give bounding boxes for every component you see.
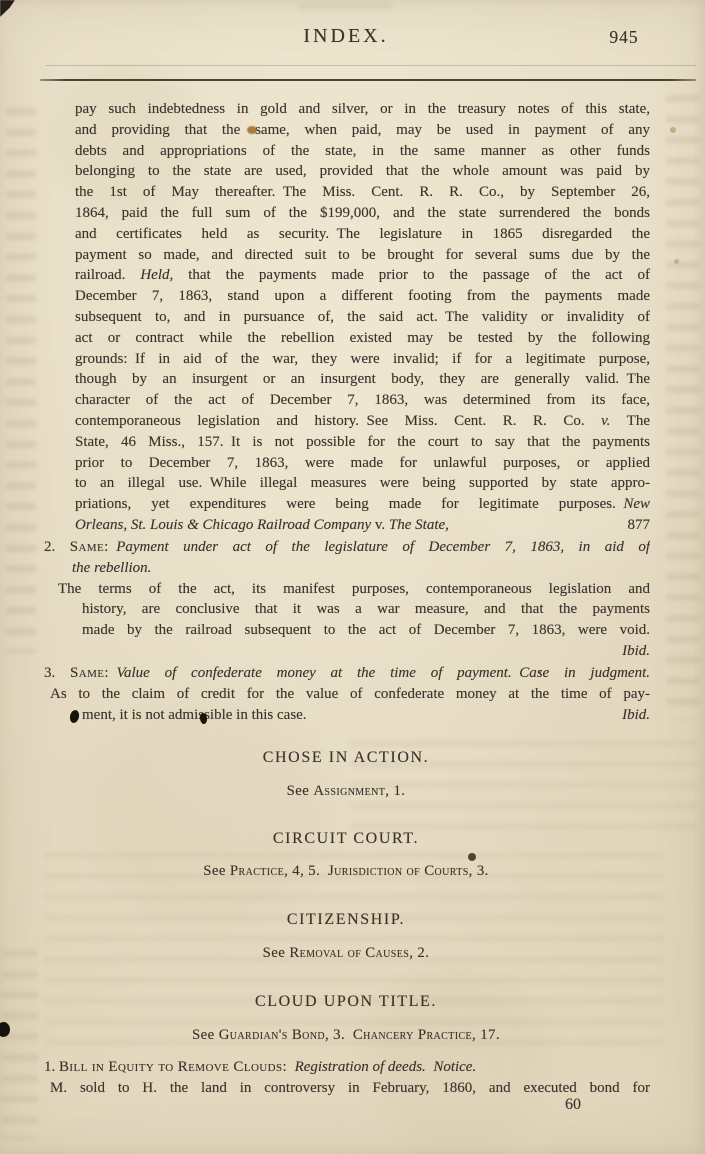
rust-spot: [670, 127, 676, 133]
text-segment: 2.: [44, 539, 70, 555]
text-line: act or contract while the rebellion exis…: [75, 328, 650, 349]
text-segment: payment so made, and directed suit to be…: [75, 247, 650, 263]
text-segment: State, 46 Miss., 157. It is not possible…: [75, 434, 650, 450]
text-line: the 1st of May thereafter. The Miss. Cen…: [75, 182, 650, 203]
text-segment: 1864, paid the full sum of the $199,000,…: [75, 205, 650, 221]
text-segment: prior to December 7, 1863, were made for…: [75, 455, 650, 471]
scan-corner-artifact: [0, 0, 15, 17]
text-segment: to an illegal use. While illegal measure…: [75, 475, 650, 491]
text-segment: [287, 1059, 295, 1075]
text-line: subsequent to, and in pursuance of, the …: [75, 307, 650, 328]
text-segment: character of the act of December 7, 1863…: [75, 392, 650, 408]
text-line: priations, yet expenditures were being m…: [75, 494, 650, 515]
text-line: contemporaneous legislation and history.…: [75, 411, 650, 432]
text-line: pay such indebtedness in gold and silver…: [75, 99, 650, 120]
ink-dot: [468, 853, 476, 861]
scanned-index-page: INDEX. 945 pay such indebtedness in gold…: [0, 0, 705, 1154]
text-segment: Removal of Causes,: [289, 945, 413, 961]
text-segment: See: [203, 863, 230, 879]
text-segment: 3.: [473, 863, 489, 879]
text-line: and certificates held as security. The l…: [75, 224, 650, 245]
text-segment: and certificates held as security. The l…: [75, 226, 650, 242]
text-line: payment so made, and directed suit to be…: [75, 245, 650, 266]
text-line: prior to December 7, 1863, were made for…: [75, 453, 650, 474]
text-segment: that the payments made prior to the pass…: [173, 267, 650, 283]
entry-1-bill-in-equity: 1. Bill in Equity to Remove Clouds: Regi…: [44, 1057, 650, 1099]
text-line: Ibid.: [44, 641, 650, 662]
bleedthrough-left-margin: [6, 108, 36, 653]
text-segment: railroad.: [75, 267, 140, 283]
text-line: 2. Same: Payment under act of the legisl…: [44, 537, 650, 558]
page-header-title: INDEX.: [40, 25, 652, 48]
section-heading-cloud-upon-title: CLOUD UPON TITLE.: [40, 993, 652, 1011]
text-segment: Assignment,: [313, 783, 389, 799]
see-reference-cloud-upon-title: See Guardian's Bond, 3. Chancery Practic…: [40, 1027, 652, 1044]
text-segment: See: [192, 1027, 219, 1043]
text-segment: history, are conclusive that it was a wa…: [82, 601, 650, 617]
ink-speck: [538, 671, 541, 674]
text-line: As to the claim of credit for the value …: [50, 684, 650, 705]
page-header-number: 945: [600, 27, 648, 48]
text-segment: though by an insurgent or an insurgent b…: [75, 371, 650, 387]
see-reference-circuit-court: See Practice, 4, 5. Jurisdiction of Cour…: [40, 863, 652, 880]
text-line: debts and appropriations of the state, i…: [75, 141, 650, 162]
text-line: the rebellion.: [72, 558, 650, 579]
text-segment: 17.: [476, 1027, 500, 1043]
text-segment: Practice,: [230, 863, 288, 879]
text-segment-group: ment, it is not admissible in this case.: [82, 705, 307, 726]
text-line: ment, it is not admissible in this case.…: [82, 705, 650, 726]
text-segment: v.: [371, 517, 389, 533]
entry-2-same: 2. Same: Payment under act of the legisl…: [44, 537, 650, 662]
bleedthrough-right-margin: [666, 95, 700, 720]
text-line: character of the act of December 7, 1863…: [75, 390, 650, 411]
text-segment: belonging to the state are used, provide…: [75, 163, 650, 179]
text-segment: M. sold to H. the land in controversy in…: [50, 1080, 650, 1096]
text-segment: 1.: [389, 783, 405, 799]
text-segment: pay such indebtedness in gold and silver…: [75, 101, 650, 117]
text-segment: Same:: [70, 539, 109, 555]
ink-blot-edge: [0, 1022, 10, 1037]
text-segment: 3.: [329, 1027, 353, 1043]
text-line: 3. Same: Value of confederate money at t…: [44, 663, 650, 684]
text-segment: See: [263, 945, 290, 961]
text-segment: made by the railroad subsequent to the a…: [82, 622, 650, 638]
text-segment: The terms of the act, its manifest purpo…: [58, 581, 650, 597]
text-segment: [109, 665, 117, 681]
text-segment: ment, it is not admissible in this case.: [82, 707, 307, 723]
section-heading-citizenship: CITIZENSHIP.: [40, 911, 652, 929]
text-line: history, are conclusive that it was a wa…: [82, 599, 650, 620]
text-segment: New: [623, 496, 650, 512]
text-line: Orleans, St. Louis & Chicago Railroad Co…: [75, 515, 650, 536]
text-segment: See: [287, 783, 314, 799]
text-segment: the rebellion.: [72, 560, 151, 576]
text-segment: Payment under act of the legislature of …: [116, 539, 650, 555]
text-segment: 1.: [44, 1059, 59, 1075]
text-segment: Ibid.: [622, 643, 650, 659]
text-line: 1864, paid the full sum of the $199,000,…: [75, 203, 650, 224]
text-segment: debts and appropriations of the state, i…: [75, 143, 650, 159]
text-segment: subsequent to, and in pursuance of, the …: [75, 309, 650, 325]
text-segment: Same:: [70, 665, 109, 681]
entry-3-same: 3. Same: Value of confederate money at t…: [44, 663, 650, 725]
text-segment: and providing that the same, when paid, …: [75, 122, 650, 138]
text-segment: v.: [601, 413, 610, 429]
section-heading-circuit-court: CIRCUIT COURT.: [40, 830, 652, 848]
text-segment: act or contract while the rebellion exis…: [75, 330, 650, 346]
text-segment: priations, yet expenditures were being m…: [75, 496, 623, 512]
text-line: December 7, 1863, stand upon a different…: [75, 286, 650, 307]
text-line: The terms of the act, its manifest purpo…: [58, 579, 650, 600]
text-segment: The State,: [389, 517, 449, 533]
text-segment: grounds: If in aid of the war, they were…: [75, 351, 650, 367]
see-reference-citizenship: See Removal of Causes, 2.: [40, 945, 652, 962]
header-rule-thin: [46, 65, 696, 66]
text-line: to an illegal use. While illegal measure…: [75, 473, 650, 494]
text-segment-group: Orleans, St. Louis & Chicago Railroad Co…: [75, 515, 449, 536]
bleedthrough-header-ghost: [298, 3, 392, 17]
text-line: State, 46 Miss., 157. It is not possible…: [75, 432, 650, 453]
text-segment: The: [610, 413, 650, 429]
text-segment: Bill in Equity to Remove Clouds:: [59, 1059, 287, 1075]
text-line: grounds: If in aid of the war, they were…: [75, 349, 650, 370]
text-segment: contemporaneous legislation and history.…: [75, 413, 601, 429]
text-line: made by the railroad subsequent to the a…: [82, 620, 650, 641]
text-segment: Chancery Practice,: [353, 1027, 476, 1043]
entry-continuation-paragraph: pay such indebtedness in gold and silver…: [75, 99, 650, 536]
text-segment: 2.: [413, 945, 429, 961]
page-reference: 877: [628, 515, 651, 536]
text-segment: Held,: [140, 267, 173, 283]
text-line: belonging to the state are used, provide…: [75, 161, 650, 182]
text-line: 1. Bill in Equity to Remove Clouds: Regi…: [44, 1057, 650, 1078]
section-heading-chose-in-action: CHOSE IN ACTION.: [40, 749, 652, 767]
text-line: railroad. Held, that the payments made p…: [75, 265, 650, 286]
page-footer-number: 60: [553, 1096, 593, 1114]
text-segment: Registration of deeds.: [295, 1059, 426, 1075]
page-reference: Ibid.: [622, 705, 650, 726]
text-segment: 4, 5.: [288, 863, 328, 879]
text-line: though by an insurgent or an insurgent b…: [75, 369, 650, 390]
rust-spot: [674, 259, 679, 264]
text-segment: Guardian's Bond,: [219, 1027, 329, 1043]
text-segment: Value of confederate money at the time o…: [117, 665, 512, 681]
ink-stain: [247, 126, 257, 134]
text-segment: December 7, 1863, stand upon a different…: [75, 288, 650, 304]
bleedthrough-lower-left: [2, 950, 38, 1140]
header-rule-thick: [40, 79, 696, 81]
text-segment: Notice.: [433, 1059, 476, 1075]
text-line: and providing that the same, when paid, …: [75, 120, 650, 141]
text-segment: the 1st of May thereafter. The Miss. Cen…: [75, 184, 650, 200]
text-segment: As to the claim of credit for the value …: [50, 686, 650, 702]
text-segment: Jurisdiction of Courts,: [328, 863, 473, 879]
text-segment: 3.: [44, 665, 70, 681]
text-segment: Orleans, St. Louis & Chicago Railroad Co…: [75, 517, 371, 533]
see-reference-chose-in-action: See Assignment, 1.: [40, 783, 652, 800]
